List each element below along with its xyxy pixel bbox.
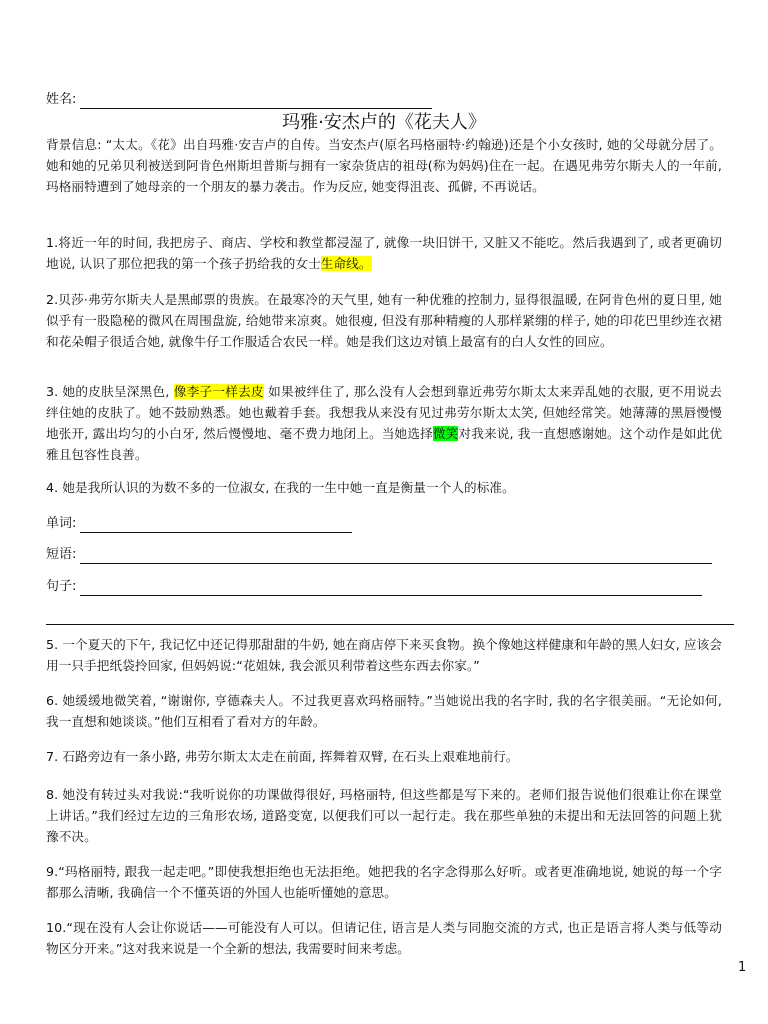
phrase-label: 短语:: [46, 546, 76, 564]
paragraph-5: 5. 一个夏天的下午, 我记忆中还记得那甜甜的牛奶, 她在商店停下来买食物。换个…: [46, 634, 722, 676]
phrase-blank-line[interactable]: [80, 549, 712, 564]
sentence-blank-line[interactable]: [80, 581, 702, 596]
paragraph-1-text: 1.将近一年的时间, 我把房子、商店、学校和教堂都浸湿了, 就像一块旧饼干, 又…: [46, 235, 722, 271]
highlight-smile: 微笑: [433, 426, 459, 441]
paragraph-7: 7. 石路旁边有一条小路, 弗劳尔斯太太走在前面, 挥舞着双臂, 在石头上艰难地…: [46, 746, 722, 767]
highlight-lifeline: 生命线。: [321, 256, 372, 271]
paragraph-1: 1.将近一年的时间, 我把房子、商店、学校和教堂都浸湿了, 就像一块旧饼干, 又…: [46, 232, 722, 274]
paragraph-6: 6. 她缓缓地微笑着, “谢谢你, 亨德森夫人。不过我更喜欢玛格丽特。”当她说出…: [46, 690, 722, 732]
document-title: 玛雅·安杰卢的《花夫人》: [0, 110, 768, 136]
paragraph-9: 9.“玛格丽特, 跟我一起走吧。”即使我想拒绝也无法拒绝。她把我的名字念得那么好…: [46, 861, 722, 903]
word-field-row: 单词:: [46, 515, 352, 533]
name-blank-line[interactable]: [80, 94, 432, 109]
name-label: 姓名:: [46, 91, 76, 109]
sentence-continuation-line[interactable]: [46, 624, 734, 625]
page-number: 1: [738, 960, 746, 975]
document-page: 姓名: 玛雅·安杰卢的《花夫人》 背景信息: “太太。《花》出自玛雅·安吉卢的自…: [0, 0, 768, 1024]
name-field-row: 姓名:: [46, 91, 432, 109]
phrase-field-row: 短语:: [46, 546, 712, 564]
background-info: 背景信息: “太太。《花》出自玛雅·安吉卢的自传。当安杰卢(原名玛格丽特·约翰逊…: [46, 134, 722, 197]
paragraph-3: 3. 她的皮肤呈深黑色, 像李子一样去皮 如果被绊住了, 那么没有人会想到靠近弗…: [46, 381, 722, 465]
paragraph-8: 8. 她没有转过头对我说:“我听说你的功课做得很好, 玛格丽特, 但这些都是写下…: [46, 784, 722, 847]
word-label: 单词:: [46, 515, 76, 533]
paragraph-2: 2.贝莎·弗劳尔斯夫人是黑邮票的贵族。在最寒冷的天气里, 她有一种优雅的控制力,…: [46, 289, 722, 352]
paragraph-10: 10.“现在没有人会让你说话——可能没有人可以。但请记住, 语言是人类与同胞交流…: [46, 917, 722, 959]
paragraph-3-part1: 3. 她的皮肤呈深黑色,: [46, 384, 174, 399]
word-blank-line[interactable]: [80, 518, 352, 533]
sentence-field-row: 句子:: [46, 578, 702, 596]
sentence-label: 句子:: [46, 578, 76, 596]
paragraph-4: 4. 她是我所认识的为数不多的一位淑女, 在我的一生中她一直是衡量一个人的标准。: [46, 477, 722, 498]
highlight-plum-skin: 像李子一样去皮: [174, 384, 264, 399]
